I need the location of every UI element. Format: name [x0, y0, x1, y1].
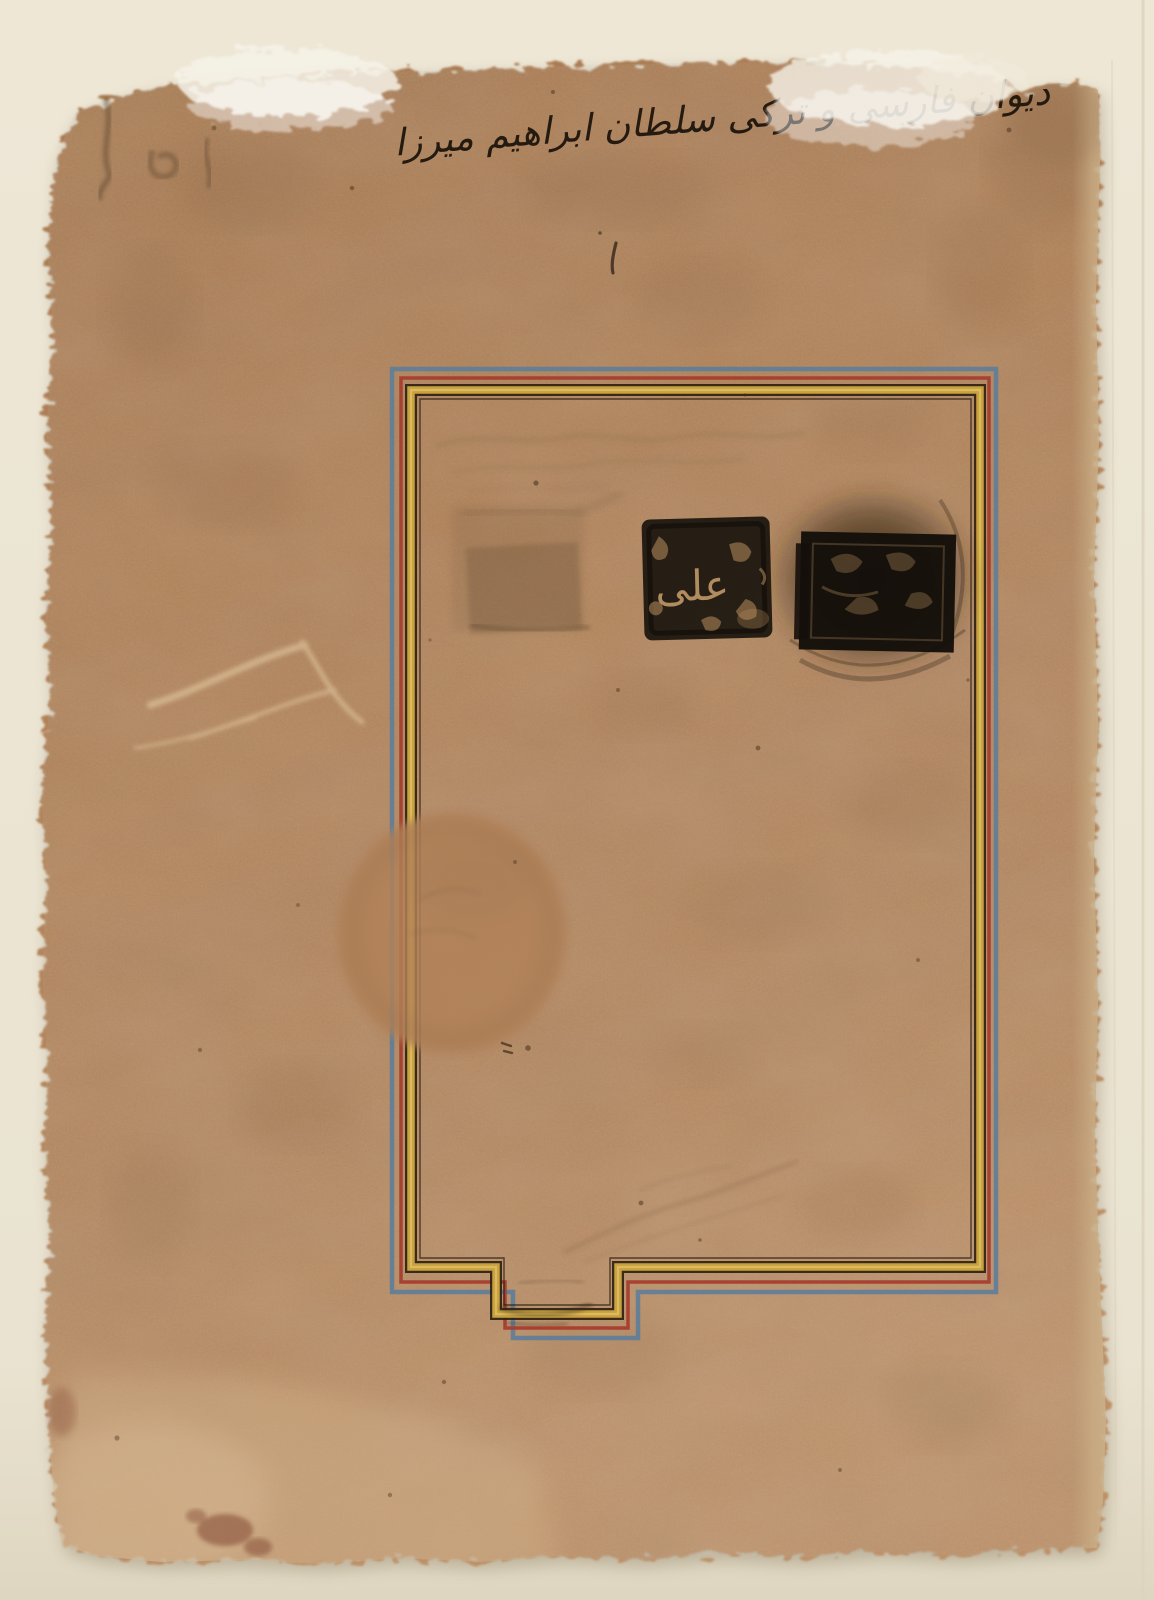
photograph-stage: علی	[0, 0, 1154, 1600]
seal-impression-center: علی	[641, 516, 772, 640]
tissue-repair-top-left	[178, 48, 398, 131]
leaf-surface	[30, 50, 1120, 1580]
manuscript-photo: علی	[0, 0, 1154, 1600]
seal-center-text: علی	[655, 560, 730, 611]
erased-round-seal-smudge	[338, 813, 566, 1053]
